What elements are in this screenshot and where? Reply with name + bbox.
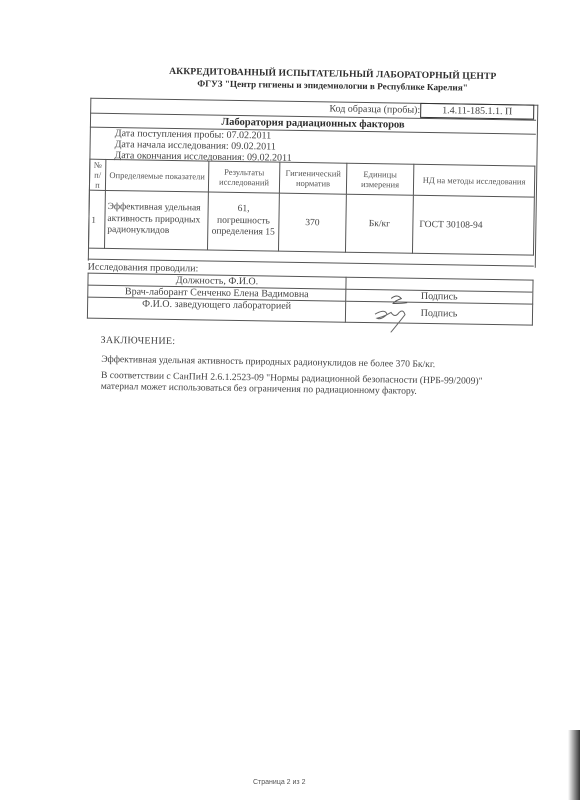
col-header-result: Результаты исследований — [208, 161, 279, 193]
cell-num: 1 — [89, 190, 106, 248]
head-label: Ф.И.О. заведующего лабораторией — [87, 297, 345, 322]
cell-norm: 370 — [278, 193, 346, 252]
col-header-num: № п/п — [89, 159, 105, 190]
conclusion-title: ЗАКЛЮЧЕНИЕ: — [100, 335, 175, 347]
col-header-indicator: Определяемые показатели — [105, 159, 208, 192]
scan-shadow — [568, 730, 580, 800]
col-header-units: Единицы измерения — [346, 163, 413, 195]
cell-result: 61, погрешность определения 15 — [207, 192, 279, 251]
page-number: Страница 2 из 2 — [253, 779, 305, 786]
cell-units: Бк/кг — [345, 194, 413, 253]
signature-table: Должность, Ф.И.О. Врач-лаборант Сенченко… — [87, 273, 534, 326]
table-row: 1 Эффективная удельная активность природ… — [89, 190, 535, 255]
sample-code-label: Код образца (пробы): — [329, 103, 420, 115]
results-table: № п/п Определяемые показатели Результаты… — [88, 159, 535, 256]
handwritten-signature-icon — [371, 292, 432, 333]
document-page: АККРЕДИТОВАННЫЙ ИСПЫТАТЕЛЬНЫЙ ЛАБОРАТОРН… — [0, 0, 580, 800]
col-header-norm: Гигиенический норматив — [279, 162, 346, 194]
conclusion-text-1: Эффективная удельная активность природны… — [101, 354, 435, 370]
cell-method: ГОСТ 30108-94 — [412, 195, 534, 255]
col-header-method: НД на методы исследования — [413, 164, 534, 197]
cell-indicator: Эффективная удельная активность природны… — [105, 190, 209, 250]
